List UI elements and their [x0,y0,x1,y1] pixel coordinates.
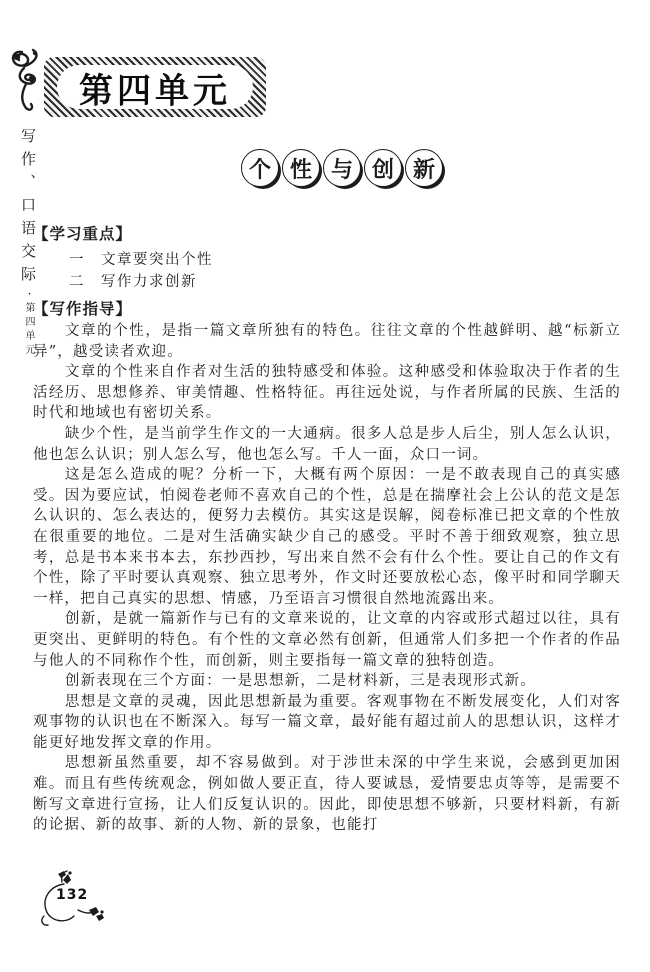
unit-banner-pill: 第四单元 [57,65,253,109]
guidance-paragraph: 文章的个性来自作者对生活的独特感受和体验。这种感受和体验取决于作者的生活经历、思… [33,362,621,424]
learning-point-item: 二写作力求创新 [69,270,197,291]
sidebar-main-text: 写作、口语交际 [19,128,37,289]
guidance-paragraph: 这是怎么造成的呢？分析一下，大概有两个原因：一是不敢表现自己的真实感受。因为要应… [33,465,621,609]
unit-banner: 第四单元 [44,57,266,117]
writing-guidance-body: 文章的个性，是指一篇文章所独有的特色。往往文章的个性越鲜明、越“标新立异”，越受… [33,321,621,836]
sidebar-separator: ・ [23,289,33,302]
guidance-paragraph: 思想是文章的灵魂，因此思想新最为重要。客观事物在不断发展变化，人们对客观事物的认… [33,692,621,754]
learning-point-number: 二 [69,274,85,290]
page-number-area: 132 [34,870,114,930]
guidance-paragraph: 缺少个性，是当前学生作文的一大通病。很多人总是步人后尘，别人怎么认识，他也怎么认… [33,424,621,465]
unit-banner-title: 第四单元 [79,62,231,112]
page-number: 132 [56,887,88,903]
textbook-page: 第四单元 写作、口语交际・第四单元 个 性 与 创 新 【学习重点】 一文章要突… [0,0,650,972]
learning-points-heading: 【学习重点】 [33,222,132,244]
writing-guidance-heading: 【写作指导】 [33,297,132,319]
floral-ornament-icon [8,46,46,112]
learning-point-text: 写作力求创新 [101,274,197,290]
learning-point-number: 一 [69,252,85,268]
learning-point-item: 一文章要突出个性 [69,248,213,269]
guidance-paragraph: 思想新虽然重要，却不容易做到。对于涉世未深的中学生来说，会感到更加困难。而且有些… [33,753,621,835]
lesson-title-char: 性 [282,149,320,187]
guidance-paragraph: 创新，是就一篇新作与已有的文章来说的，让文章的内容或形式超过以往，具有更突出、更… [33,609,621,671]
lesson-title-char: 与 [323,149,361,187]
learning-point-text: 文章要突出个性 [101,252,213,268]
guidance-paragraph: 创新表现在三个方面：一是思想新，二是材料新，三是表现形式新。 [33,671,621,692]
lesson-title-char: 创 [364,149,402,187]
lesson-title-char: 新 [405,149,443,187]
guidance-paragraph: 文章的个性，是指一篇文章所独有的特色。往往文章的个性越鲜明、越“标新立异”，越受… [33,321,621,362]
lesson-title-char: 个 [241,149,279,187]
lesson-title: 个 性 与 创 新 [241,149,443,187]
